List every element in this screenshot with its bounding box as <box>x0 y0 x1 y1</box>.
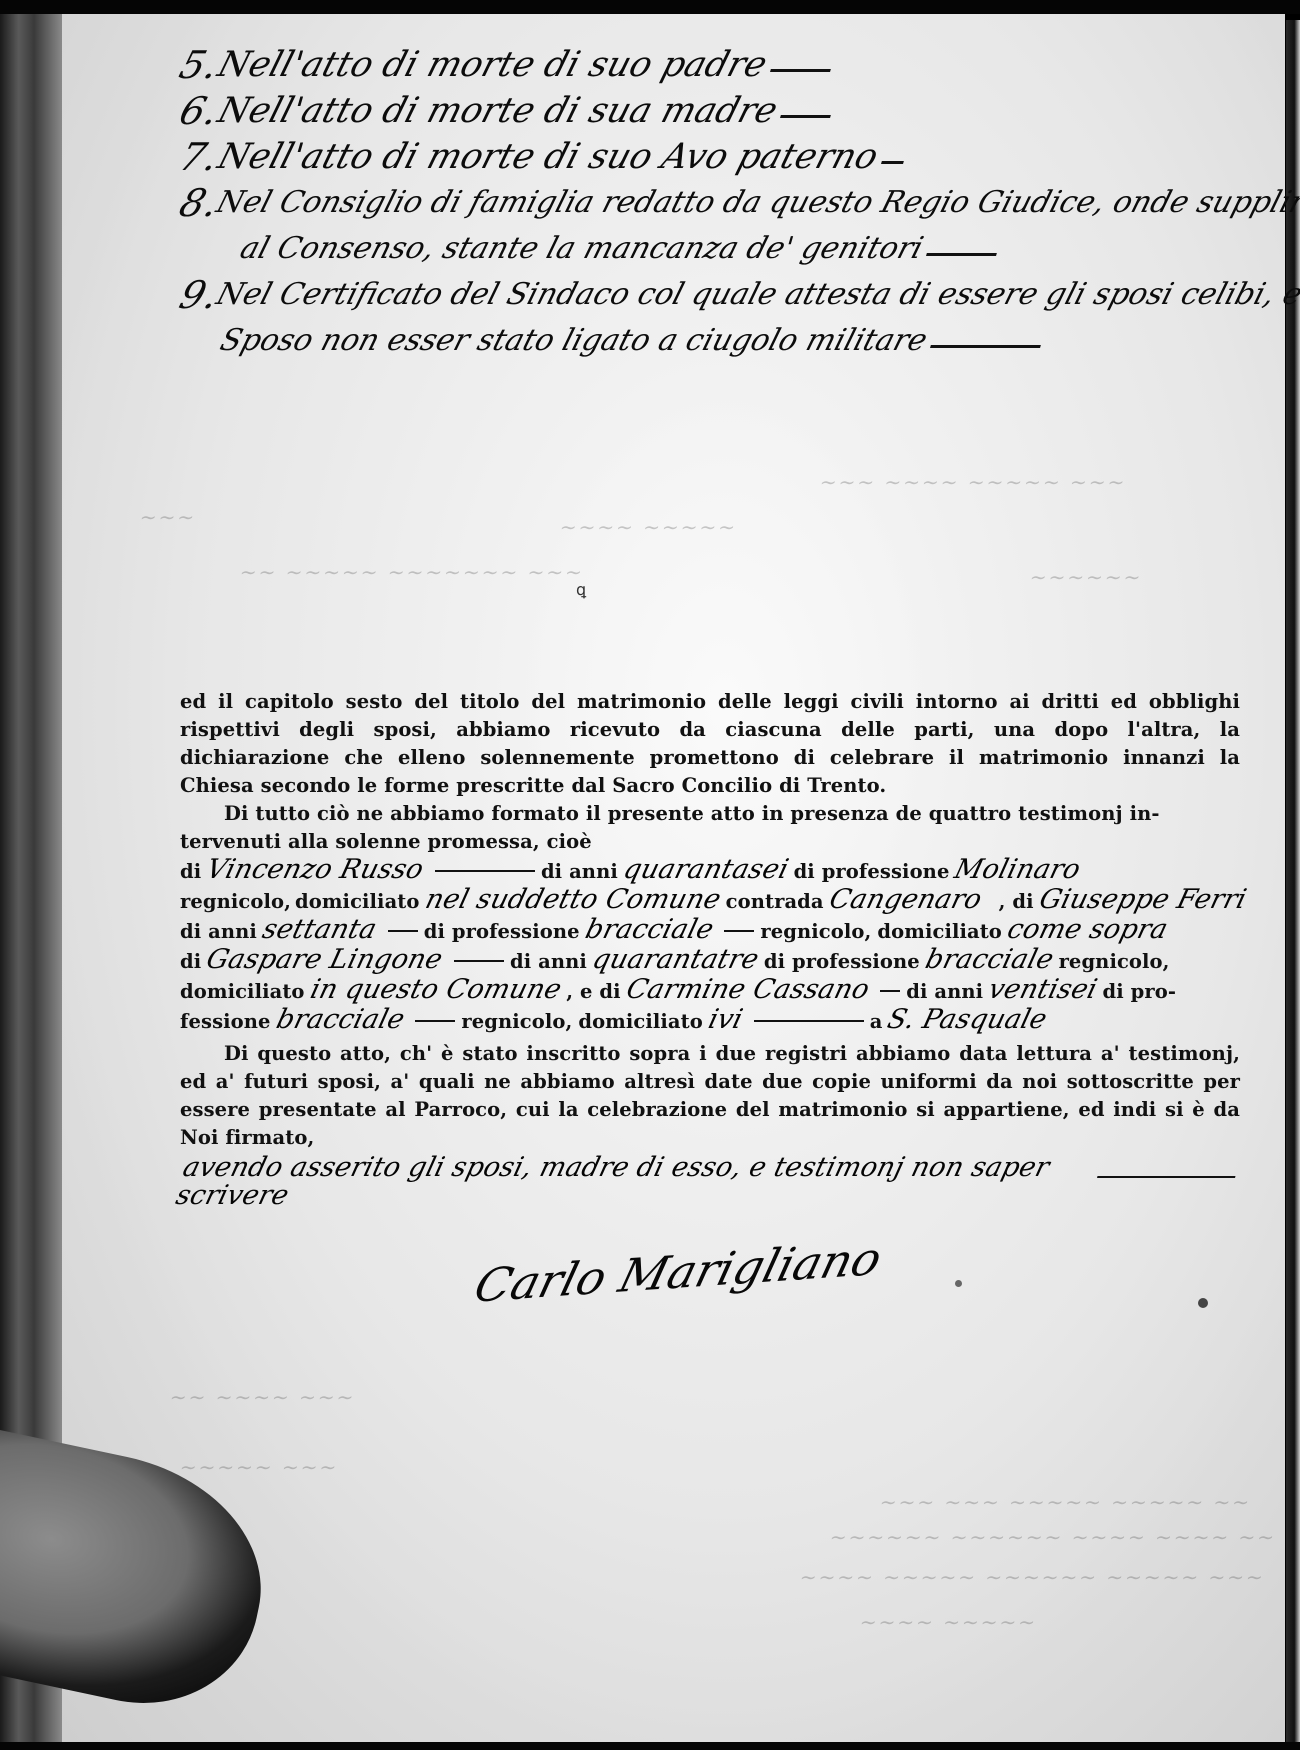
witness-3-domicile: in questo Comune <box>307 976 564 1004</box>
fill-dash <box>770 69 831 72</box>
printed-paragraph: Di tutto ciò ne abbiamo formato il prese… <box>180 800 1240 828</box>
printed-label: di anni <box>906 978 983 1006</box>
stray-ink-mark: ꝗ <box>576 580 586 599</box>
printed-label: fessione <box>180 1008 271 1036</box>
witness-line: di Gaspare Lingone di anni quarantatre d… <box>180 946 1240 976</box>
witness-2-age: settanta <box>259 916 379 944</box>
item-text: Nel Certificato del Sindaco col quale at… <box>211 274 1300 316</box>
witness-4-name: Carmine Cassano <box>623 976 872 1004</box>
printed-paragraph: ed il capitolo sesto del titolo del matr… <box>180 688 1240 800</box>
scanned-page: ~~~ ~~~~ ~~~~~ ~~~ ~~~ ~~~~ ~~~~~ ~~ ~~~… <box>0 0 1300 1750</box>
witness-4-profession: bracciale <box>273 1006 407 1034</box>
bleed-through-text: ~~~~ ~~~~~ <box>858 1610 1039 1634</box>
scan-bottom-edge <box>0 1742 1300 1750</box>
witness-line: fessione bracciale regnicolo, domiciliat… <box>180 1006 1240 1036</box>
bleed-through-text: ~~~~~~ <box>1028 565 1145 589</box>
printed-label: di <box>180 948 201 976</box>
printed-label: di anni <box>541 858 618 886</box>
printed-label: , di <box>999 888 1034 916</box>
bleed-through-text: ~~~~ ~~~~~ <box>558 515 739 539</box>
printed-label: di anni <box>510 948 587 976</box>
printed-label: di professione <box>764 948 920 976</box>
item-text: Nell'atto di morte di sua madre <box>213 90 782 132</box>
printed-label: domiciliato <box>877 918 1002 946</box>
handwritten-document-list: 5. Nell'atto di morte di suo padre 6. Ne… <box>175 40 1175 362</box>
witness-1-domicile: nel suddetto Comune <box>422 886 723 914</box>
printed-label: a <box>870 1008 883 1036</box>
item-text: Sposo non esser stato ligato a ciugolo m… <box>215 320 932 362</box>
witness-line: di anni settanta di professione braccial… <box>180 916 1240 946</box>
bleed-through-text: ~~ ~~~~ ~~~ <box>168 1385 358 1409</box>
witness-2-profession: bracciale <box>582 916 716 944</box>
witness-4-domicile: ivi <box>705 1006 745 1034</box>
list-item: 5. Nell'atto di morte di suo padre <box>175 40 1188 86</box>
printed-label: , e di <box>566 978 620 1006</box>
printed-label: di professione <box>424 918 580 946</box>
list-item: 7. Nell'atto di morte di suo Avo paterno <box>175 132 1188 178</box>
witness-3-name: Gaspare Lingone <box>204 946 446 974</box>
printed-label: regnicolo, <box>461 1008 572 1036</box>
bleed-through-text: ~~~ ~~~ ~~~~~ ~~~~~ ~~ <box>878 1490 1253 1514</box>
list-item-continuation: Sposo non esser stato ligato a ciugolo m… <box>175 316 1188 362</box>
printed-label: di <box>180 858 201 886</box>
witness-line: domiciliato in questo Comune , e di Carm… <box>180 976 1240 1006</box>
fill-dash <box>780 115 831 118</box>
fill-rule <box>454 960 504 962</box>
bleed-through-text: ~~~ ~~~~ ~~~~~ ~~~ <box>818 470 1129 494</box>
witness-line: regnicolo, domiciliato nel suddetto Comu… <box>180 886 1240 916</box>
fill-rule <box>1097 1176 1236 1178</box>
witness-1-contrada: Cangenaro <box>826 886 984 914</box>
printed-label: contrada <box>726 888 824 916</box>
printed-label: domiciliato <box>180 978 305 1006</box>
bleed-through-text: ~~~~ ~~~~~ ~~~~~~ ~~~~~ ~~~ <box>798 1565 1267 1589</box>
fill-dash <box>881 161 904 164</box>
witness-2-name: Giuseppe Ferri <box>1036 886 1249 914</box>
scan-top-edge <box>0 0 1300 14</box>
fill-rule <box>724 930 754 932</box>
witness-3-age: quarantatre <box>589 946 761 974</box>
fill-rule <box>754 1020 864 1022</box>
printed-label: di anni <box>180 918 257 946</box>
list-item: 8. Nel Consiglio di famiglia redatto da … <box>175 178 1188 224</box>
handwritten-closing: avendo asserito gli sposi, madre di esso… <box>173 1154 1247 1210</box>
witness-1-profession: Molinaro <box>952 856 1084 884</box>
item-text: Nel Consiglio di famiglia redatto da que… <box>211 182 1300 224</box>
bleed-through-text: ~~~~~~ ~~~~~~ ~~~~ ~~~~ ~~ <box>828 1525 1278 1549</box>
list-item: 9. Nel Certificato del Sindaco col quale… <box>175 270 1188 316</box>
ink-blot <box>1198 1298 1208 1308</box>
fill-dash <box>930 345 1041 348</box>
item-text: al Consenso, stante la mancanza de' geni… <box>235 228 928 270</box>
printed-label: domiciliato <box>578 1008 703 1036</box>
printed-label: domiciliato <box>295 888 420 916</box>
bleed-through-text: ~~~ <box>138 505 199 529</box>
printed-label: regnicolo, <box>180 888 291 916</box>
printed-paragraph: Di questo atto, ch' è stato inscritto so… <box>180 1040 1240 1152</box>
act-place: S. Pasquale <box>885 1006 1050 1034</box>
fill-rule <box>388 930 418 932</box>
printed-paragraph: tervenuti alla solenne promessa, cioè <box>180 828 1240 856</box>
printed-label: di pro- <box>1103 978 1177 1006</box>
printed-label: di professione <box>794 858 950 886</box>
printed-form-body: ed il capitolo sesto del titolo del matr… <box>180 688 1240 1210</box>
list-item: 6. Nell'atto di morte di sua madre <box>175 86 1188 132</box>
printed-label: regnicolo, <box>760 918 871 946</box>
ink-blot <box>955 1280 962 1287</box>
fill-rule <box>415 1020 455 1022</box>
printed-label: regnicolo, <box>1059 948 1170 976</box>
bleed-through-text: ~~ ~~~~~ ~~~~~~~ ~~~ <box>238 560 586 584</box>
item-text: Nell'atto di morte di suo padre <box>213 44 772 86</box>
fill-rule <box>880 990 900 992</box>
item-text: Nell'atto di morte di suo Avo paterno <box>213 136 883 178</box>
witness-2-domicile: come sopra <box>1004 916 1170 944</box>
fill-dash <box>926 253 997 256</box>
witness-1-age: quarantasei <box>620 856 791 884</box>
witness-line: di Vincenzo Russo di anni quarantasei di… <box>180 856 1240 886</box>
witness-3-profession: bracciale <box>922 946 1056 974</box>
fill-rule <box>435 870 535 872</box>
witness-4-age: ventisei <box>986 976 1100 1004</box>
witness-1-name: Vincenzo Russo <box>204 856 427 884</box>
bleed-through-text: ~~~~~ ~~~ <box>178 1455 341 1479</box>
list-item-continuation: al Consenso, stante la mancanza de' geni… <box>175 224 1188 270</box>
closing-text: avendo asserito gli sposi, madre di esso… <box>173 1154 1096 1210</box>
